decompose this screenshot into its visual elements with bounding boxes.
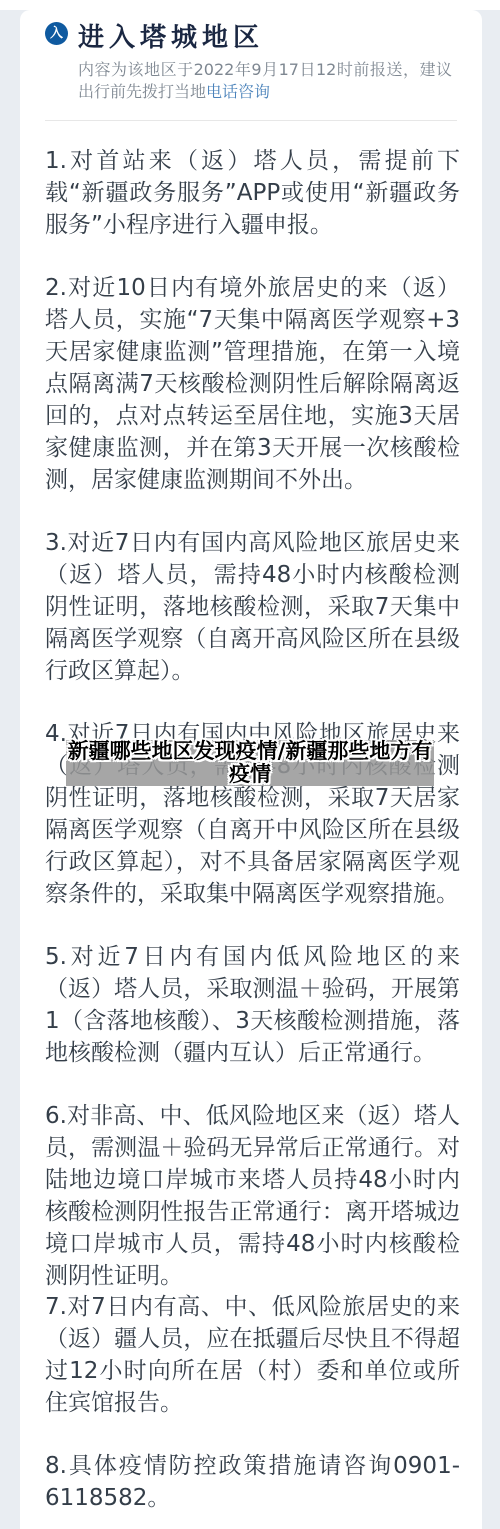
watermark-banner: 新疆哪些地区发现疫情/新疆那些地方有疫情	[66, 740, 434, 786]
phone-consult-link[interactable]: 电话咨询	[206, 82, 270, 101]
policy-paragraph-2: 2.对近10日内有境外旅居史的来（返）塔人员，实施“7天集中隔离医学观察+3天居…	[45, 272, 460, 496]
policy-paragraph-7: 7.对7日内有高、中、低风险旅居史的来（返）疆人员，应在抵疆后尽快且不得超过12…	[45, 1291, 460, 1419]
policy-paragraph-6: 6.对非高、中、低风险地区来（返）塔人员，需测温＋验码无异常后正常通行。对陆地边…	[45, 1100, 460, 1292]
policy-paragraph-8: 8.具体疫情防控政策措施请咨询0901-6118582。	[45, 1450, 460, 1514]
page-title: 进入塔城地区	[78, 17, 264, 54]
header-divider	[45, 120, 457, 121]
watermark-text: 新疆哪些地区发现疫情/新疆那些地方有疫情	[66, 740, 434, 786]
policy-paragraph-1: 1.对首站来（返）塔人员，需提前下载“新疆政务服务”APP或使用“新疆政务服务”…	[45, 145, 460, 241]
policy-paragraph-5: 5.对近7日内有国内低风险地区的来（返）塔人员，采取测温＋验码，开展第1（含落地…	[45, 941, 460, 1069]
policy-paragraph-3: 3.对近7日内有国内高风险地区旅居史来（返）塔人员，需持48小时内核酸检测阴性证…	[45, 527, 460, 687]
enter-region-icon: 入	[45, 22, 68, 45]
report-notice-text: 内容为该地区于2022年9月17日12时前报送，建议出行前先拨打当地电话咨询	[78, 59, 452, 103]
